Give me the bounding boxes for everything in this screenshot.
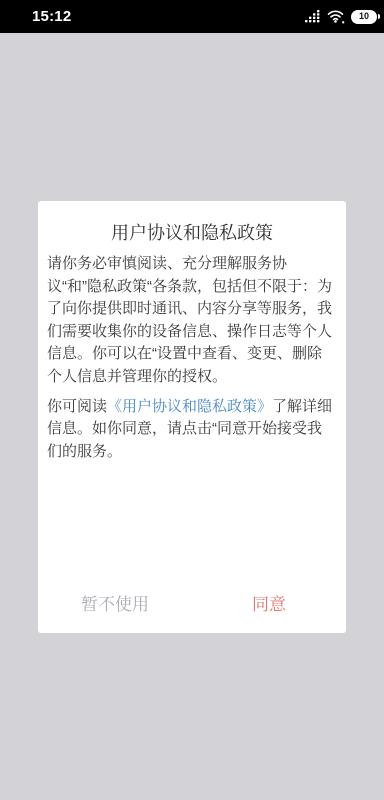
privacy-policy-link[interactable]: 《用户协议和隐私政策》 [107,398,272,415]
privacy-policy-dialog: 用户协议和隐私政策 请你务必审慎阅读、充分理解服务协议“和”隐私政策“各条款，包… [38,201,346,633]
policy-paragraph-1: 请你务必审慎阅读、充分理解服务协议“和”隐私政策“各条款，包括但不限于：为了向你… [47,253,336,389]
battery-icon: 10 [351,10,377,24]
dialog-body: 请你务必审慎阅读、充分理解服务协议“和”隐私政策“各条款，包括但不限于：为了向你… [38,253,346,463]
wifi-icon [327,10,345,24]
battery-nub [378,14,381,19]
agree-button[interactable]: 同意 [192,577,346,633]
policy-paragraph-2-prefix: 你可阅读 [47,398,107,415]
decline-button[interactable]: 暂不使用 [38,577,192,633]
battery-level: 10 [359,12,369,21]
clock-time: 15:12 [32,8,71,25]
phone-screen: 15:12 [0,0,384,800]
dialog-button-row: 暂不使用 同意 [38,577,346,633]
cell-signal-icon [305,10,321,24]
dialog-title: 用户协议和隐私政策 [38,222,346,244]
status-bar-right-icons: 10 [305,10,377,24]
policy-paragraph-2: 你可阅读《用户协议和隐私政策》了解详细信息。如你同意，请点击“同意开始接受我们的… [47,396,336,464]
status-bar: 15:12 [0,0,384,33]
